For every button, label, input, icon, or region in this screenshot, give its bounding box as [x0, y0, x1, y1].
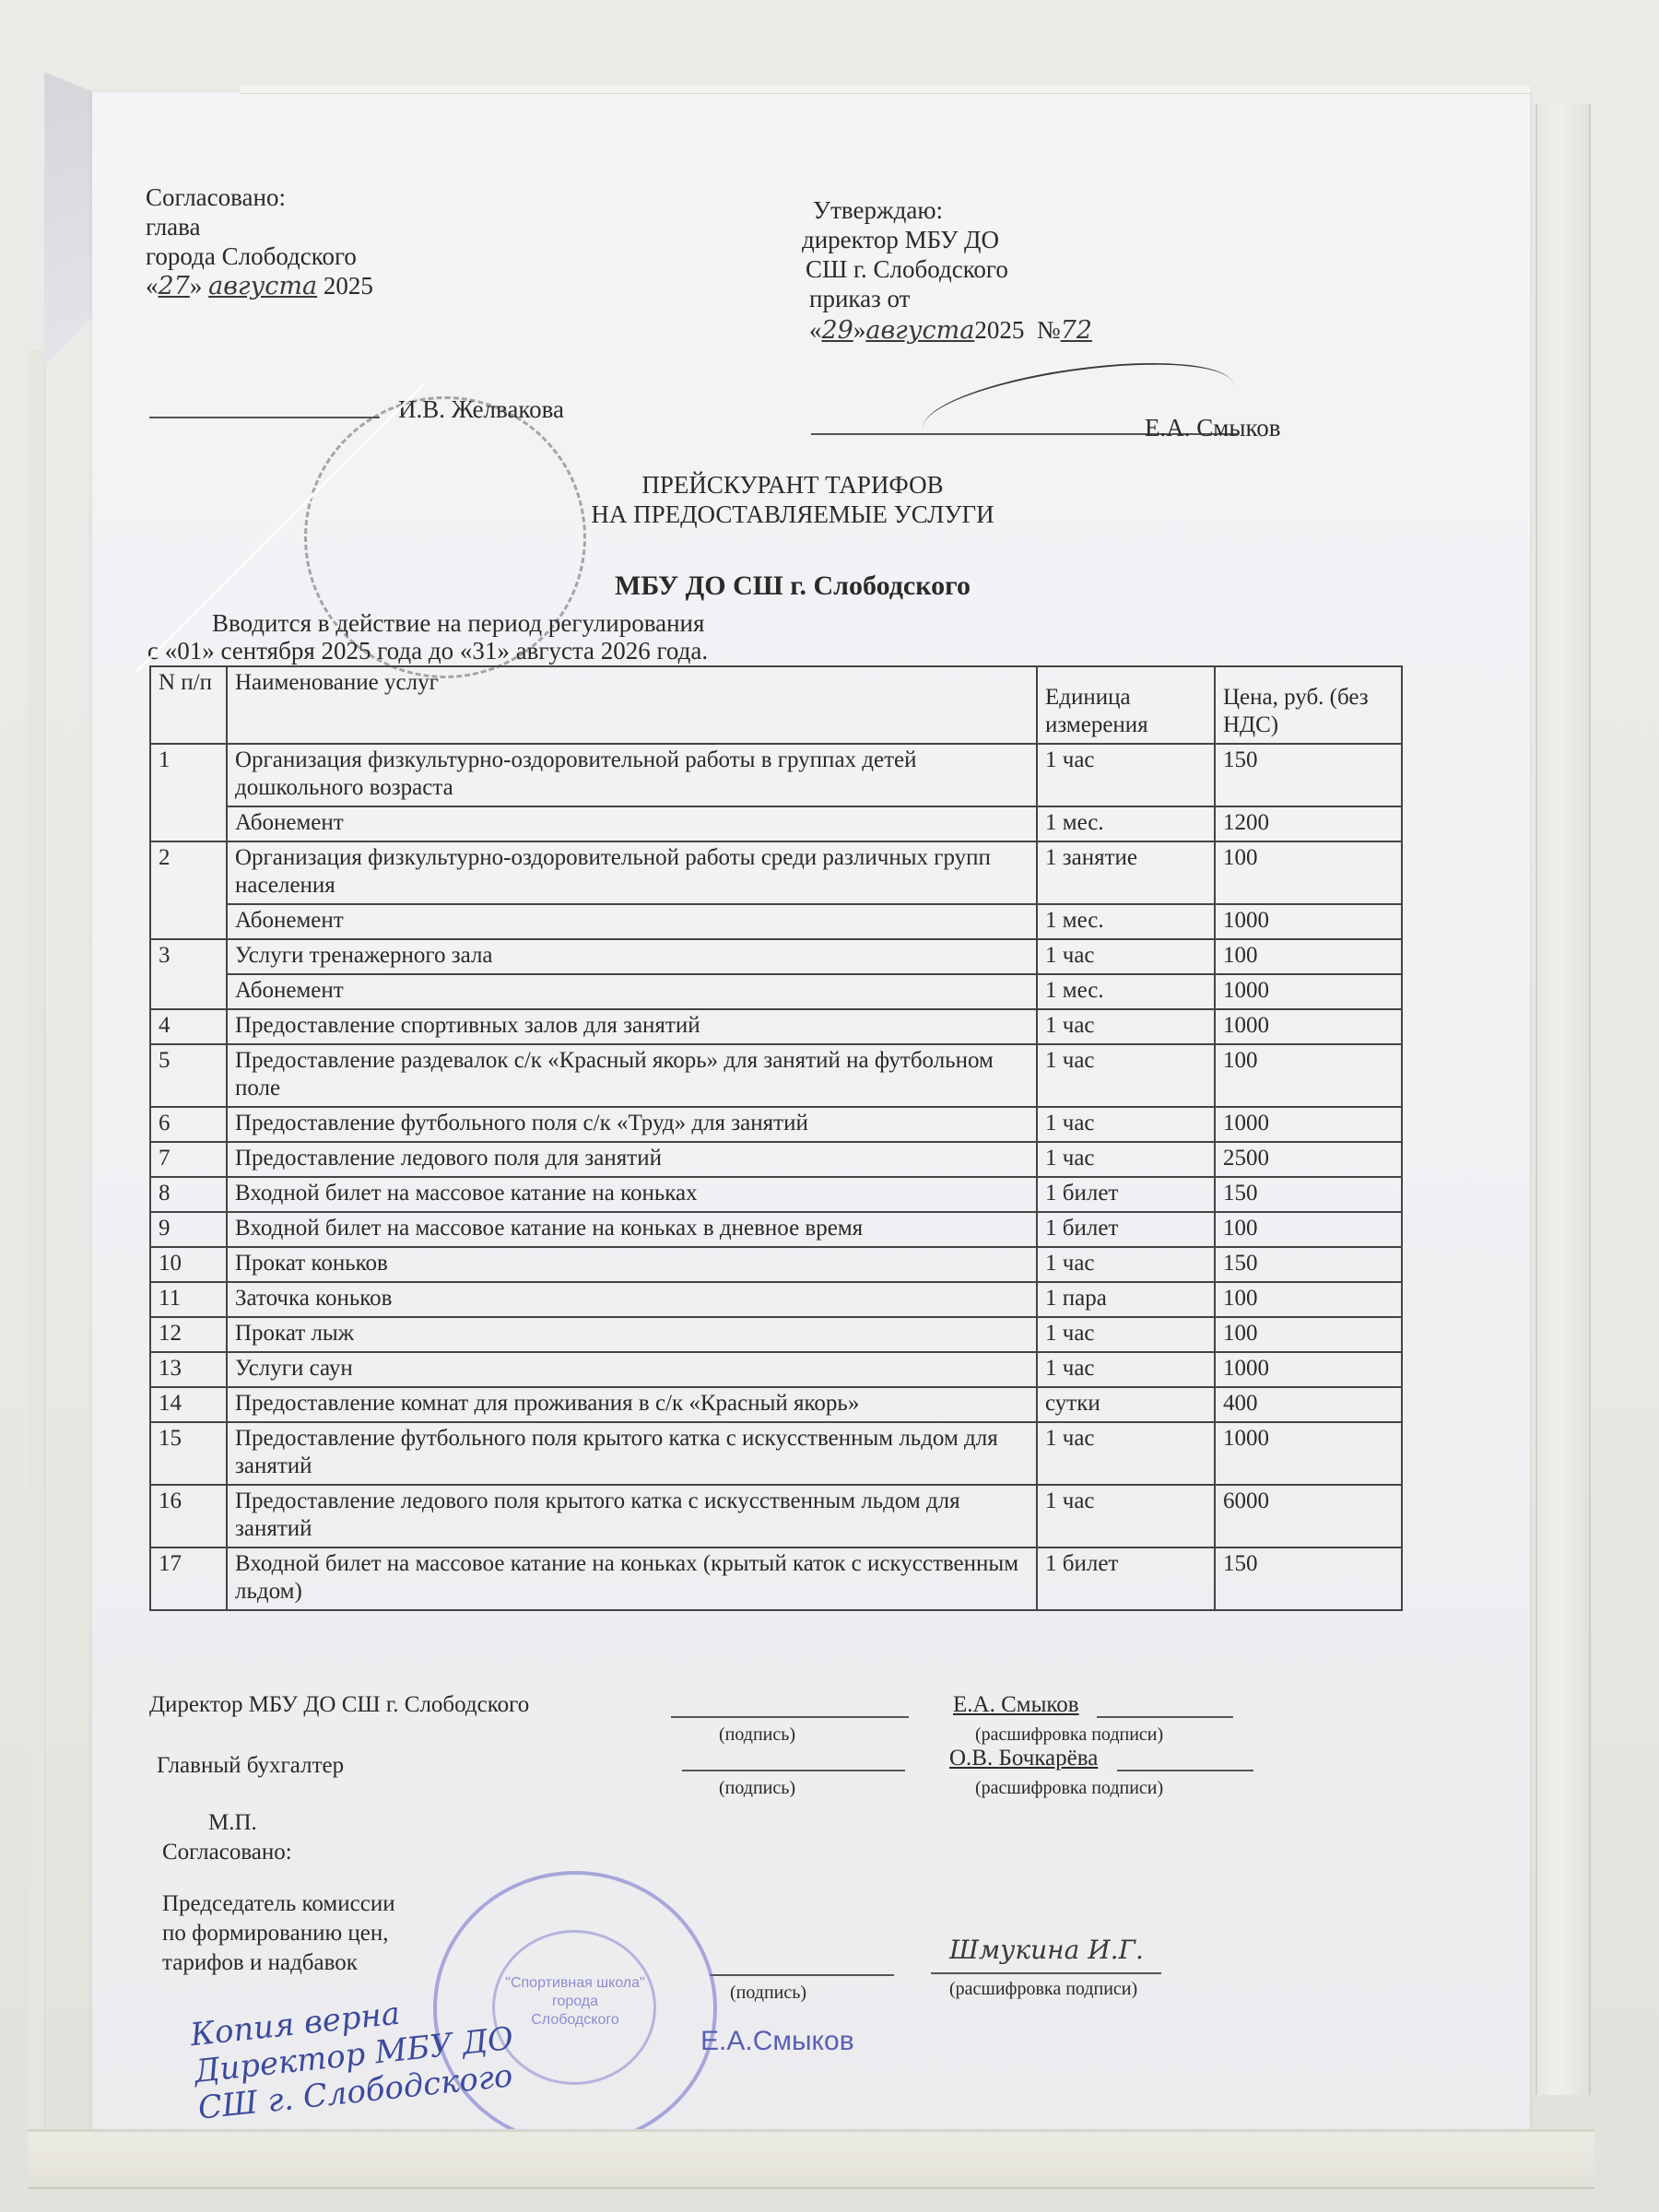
row-service-name: Предоставление комнат для проживания в с… — [227, 1387, 1037, 1422]
row-number: 9 — [150, 1212, 227, 1247]
row-service-name: Предоставление футбольного поля крытого … — [227, 1422, 1037, 1485]
commission-line-3: тарифов и надбавок — [162, 1948, 358, 1978]
row-unit: 1 пара — [1037, 1282, 1215, 1317]
approval-left-signature-line — [149, 417, 380, 418]
table-header-row: N п/п Наименование услуг Единица измерен… — [150, 666, 1402, 744]
row-unit: 1 час — [1037, 744, 1215, 806]
approval-right-day: 29 — [822, 316, 853, 345]
commission-name: Шмукина И.Г. — [949, 1935, 1144, 1965]
row-service-name: Прокат коньков — [227, 1247, 1037, 1282]
row-service-name: Предоставление ледового поля для занятий — [227, 1142, 1037, 1177]
accountant-name: О.В. Бочкарёва — [949, 1744, 1098, 1773]
row-number: 5 — [150, 1044, 227, 1107]
validity-line-2: с «01» сентября 2025 года до «31» август… — [147, 636, 708, 665]
approval-right-year: 2025 — [974, 316, 1024, 344]
table-row: 17Входной билет на массовое катание на к… — [150, 1547, 1402, 1610]
frame-top-edge — [240, 86, 1530, 94]
table-subrow: Абонемент1 мес.1000 — [150, 974, 1402, 1009]
approval-right-order-date: «29»августа2025 №72 — [809, 315, 1092, 346]
row-service-name: Услуги тренажерного зала — [227, 939, 1037, 974]
subrow-service-name: Абонемент — [227, 806, 1037, 841]
row-service-name: Входной билет на массовое катание на кон… — [227, 1212, 1037, 1247]
accountant-decode-caption: (расшифровка подписи) — [975, 1773, 1163, 1803]
row-service-name: Предоставление раздевалок с/к «Красный я… — [227, 1044, 1037, 1107]
row-unit: 1 час — [1037, 1422, 1215, 1485]
approval-right-position-1: директор МБУ ДО — [802, 225, 999, 254]
subrow-price: 1000 — [1215, 974, 1402, 1009]
row-unit: 1 занятие — [1037, 841, 1215, 904]
director-name: Е.А. Смыков — [953, 1690, 1079, 1720]
row-service-name: Входной билет на массовое катание на кон… — [227, 1177, 1037, 1212]
row-service-name: Предоставление спортивных залов для заня… — [227, 1009, 1037, 1044]
row-price: 150 — [1215, 1177, 1402, 1212]
row-service-name: Организация физкультурно-оздоровительной… — [227, 841, 1037, 904]
approval-right-label: Утверждаю: — [813, 195, 943, 225]
approval-right-position-2: СШ г. Слободского — [806, 254, 1008, 284]
document-title-line-1: ПРЕЙСКУРАНТ ТАРИФОВ — [74, 470, 1512, 500]
row-number: 2 — [150, 841, 227, 939]
approval-left-year: 2025 — [324, 272, 373, 300]
header-name: Наименование услуг — [227, 666, 1037, 744]
accountant-name-underline — [1117, 1770, 1253, 1771]
approval-left-label: Согласовано: — [146, 182, 286, 212]
row-price: 150 — [1215, 1247, 1402, 1282]
table-row: 15Предоставление футбольного поля крытог… — [150, 1422, 1402, 1485]
agreed-label: Согласовано: — [162, 1838, 292, 1867]
row-service-name: Предоставление футбольного поля с/к «Тру… — [227, 1107, 1037, 1142]
table-row: 2Организация физкультурно-оздоровительно… — [150, 841, 1402, 904]
row-service-name: Предоставление ледового поля крытого кат… — [227, 1485, 1037, 1547]
row-service-name: Входной билет на массовое катание на кон… — [227, 1547, 1037, 1610]
accountant-signature-line — [682, 1770, 905, 1771]
row-number: 1 — [150, 744, 227, 841]
approval-left-month: августа — [208, 272, 317, 300]
table-row: 16Предоставление ледового поля крытого к… — [150, 1485, 1402, 1547]
subrow-service-name: Абонемент — [227, 974, 1037, 1009]
approval-left-position-2: города Слободского — [146, 241, 357, 271]
commission-line-2: по формированию цен, — [162, 1919, 389, 1948]
commission-signature-line — [710, 1974, 894, 1976]
order-number: 72 — [1061, 316, 1092, 345]
table-row: 11Заточка коньков1 пара100 — [150, 1282, 1402, 1317]
row-service-name: Услуги саун — [227, 1352, 1037, 1387]
subrow-service-name: Абонемент — [227, 904, 1037, 939]
header-price: Цена, руб. (без НДС) — [1215, 666, 1402, 744]
row-price: 1000 — [1215, 1009, 1402, 1044]
table-subrow: Абонемент1 мес.1200 — [150, 806, 1402, 841]
row-price: 1000 — [1215, 1422, 1402, 1485]
row-unit: 1 час — [1037, 1317, 1215, 1352]
row-number: 4 — [150, 1009, 227, 1044]
accountant-label: Главный бухгалтер — [157, 1751, 344, 1781]
header-unit: Единица измерения — [1037, 666, 1215, 744]
row-price: 100 — [1215, 1317, 1402, 1352]
row-price: 2500 — [1215, 1142, 1402, 1177]
table-row: 4Предоставление спортивных залов для зан… — [150, 1009, 1402, 1044]
approval-right-order-label: приказ от — [809, 284, 910, 313]
approval-left-position-1: глава — [146, 212, 201, 241]
row-price: 100 — [1215, 1212, 1402, 1247]
approval-right-signer: Е.А. Смыков — [1145, 413, 1280, 442]
certification-stamp-name: Е.А.Смыков — [700, 2026, 854, 2057]
row-number: 16 — [150, 1485, 227, 1547]
row-unit: 1 час — [1037, 1107, 1215, 1142]
row-number: 6 — [150, 1107, 227, 1142]
table-row: 10Прокат коньков1 час150 — [150, 1247, 1402, 1282]
seal-place: М.П. — [208, 1808, 257, 1838]
organization-name: МБУ ДО СШ г. Слободского — [74, 571, 1512, 601]
subrow-unit: 1 мес. — [1037, 806, 1215, 841]
commission-signature-caption: (подпись) — [730, 1978, 806, 2007]
table-row: 8Входной билет на массовое катание на ко… — [150, 1177, 1402, 1212]
row-price: 400 — [1215, 1387, 1402, 1422]
row-price: 150 — [1215, 744, 1402, 806]
document-title-line-2: НА ПРЕДОСТАВЛЯЕМЫЕ УСЛУГИ — [74, 500, 1512, 529]
approval-left-day: 27 — [159, 272, 190, 300]
approval-left-date: «27» августа 2025 — [146, 271, 373, 301]
row-price: 6000 — [1215, 1485, 1402, 1547]
table-row: 12Прокат лыж1 час100 — [150, 1317, 1402, 1352]
row-unit: 1 час — [1037, 939, 1215, 974]
row-service-name: Организация физкультурно-оздоровительной… — [227, 744, 1037, 806]
validity-line-1: Вводится в действие на период регулирова… — [212, 608, 704, 638]
row-unit: сутки — [1037, 1387, 1215, 1422]
row-price: 100 — [1215, 841, 1402, 904]
order-number-label: № — [1037, 316, 1061, 344]
table-subrow: Абонемент1 мес.1000 — [150, 904, 1402, 939]
row-unit: 1 час — [1037, 1352, 1215, 1387]
row-unit: 1 час — [1037, 1142, 1215, 1177]
subrow-unit: 1 мес. — [1037, 974, 1215, 1009]
row-service-name: Прокат лыж — [227, 1317, 1037, 1352]
row-unit: 1 час — [1037, 1044, 1215, 1107]
row-number: 14 — [150, 1387, 227, 1422]
frame-bottom-edge — [28, 2129, 1594, 2189]
subrow-unit: 1 мес. — [1037, 904, 1215, 939]
commission-line-1: Председатель комиссии — [162, 1889, 395, 1919]
row-service-name: Заточка коньков — [227, 1282, 1037, 1317]
row-price: 1000 — [1215, 1352, 1402, 1387]
table-row: 1Организация физкультурно-оздоровительно… — [150, 744, 1402, 806]
accountant-signature-caption: (подпись) — [719, 1773, 795, 1803]
row-unit: 1 билет — [1037, 1547, 1215, 1610]
director-name-underline — [1097, 1716, 1233, 1718]
table-row: 14Предоставление комнат для проживания в… — [150, 1387, 1402, 1422]
director-signature-caption: (подпись) — [719, 1720, 795, 1749]
subrow-price: 1200 — [1215, 806, 1402, 841]
row-number: 10 — [150, 1247, 227, 1282]
table-row: 3Услуги тренажерного зала1 час100 — [150, 939, 1402, 974]
row-number: 7 — [150, 1142, 227, 1177]
director-label: Директор МБУ ДО СШ г. Слободского — [149, 1690, 529, 1720]
approval-right-signature — [918, 347, 1239, 466]
header-number: N п/п — [150, 666, 227, 744]
row-unit: 1 билет — [1037, 1177, 1215, 1212]
row-number: 8 — [150, 1177, 227, 1212]
tariffs-table: N п/п Наименование услуг Единица измерен… — [149, 665, 1403, 1611]
row-price: 100 — [1215, 939, 1402, 974]
approval-right-month: августа — [865, 316, 974, 345]
row-price: 100 — [1215, 1044, 1402, 1107]
frame-right-edge — [1535, 104, 1591, 2095]
row-price: 1000 — [1215, 1107, 1402, 1142]
row-unit: 1 час — [1037, 1009, 1215, 1044]
table-row: 6Предоставление футбольного поля с/к «Тр… — [150, 1107, 1402, 1142]
row-price: 150 — [1215, 1547, 1402, 1610]
row-unit: 1 билет — [1037, 1212, 1215, 1247]
table-row: 5Предоставление раздевалок с/к «Красный … — [150, 1044, 1402, 1107]
row-number: 17 — [150, 1547, 227, 1610]
commission-decode-caption: (расшифровка подписи) — [949, 1974, 1137, 2004]
director-signature-line — [671, 1716, 909, 1718]
table-row: 9Входной билет на массовое катание на ко… — [150, 1212, 1402, 1247]
row-number: 15 — [150, 1422, 227, 1485]
row-unit: 1 час — [1037, 1485, 1215, 1547]
row-number: 11 — [150, 1282, 227, 1317]
row-price: 100 — [1215, 1282, 1402, 1317]
frame-left-edge — [28, 350, 45, 2129]
table-row: 13Услуги саун1 час1000 — [150, 1352, 1402, 1387]
subrow-price: 1000 — [1215, 904, 1402, 939]
table-row: 7Предоставление ледового поля для заняти… — [150, 1142, 1402, 1177]
row-number: 13 — [150, 1352, 227, 1387]
row-number: 3 — [150, 939, 227, 1009]
row-number: 12 — [150, 1317, 227, 1352]
row-unit: 1 час — [1037, 1247, 1215, 1282]
